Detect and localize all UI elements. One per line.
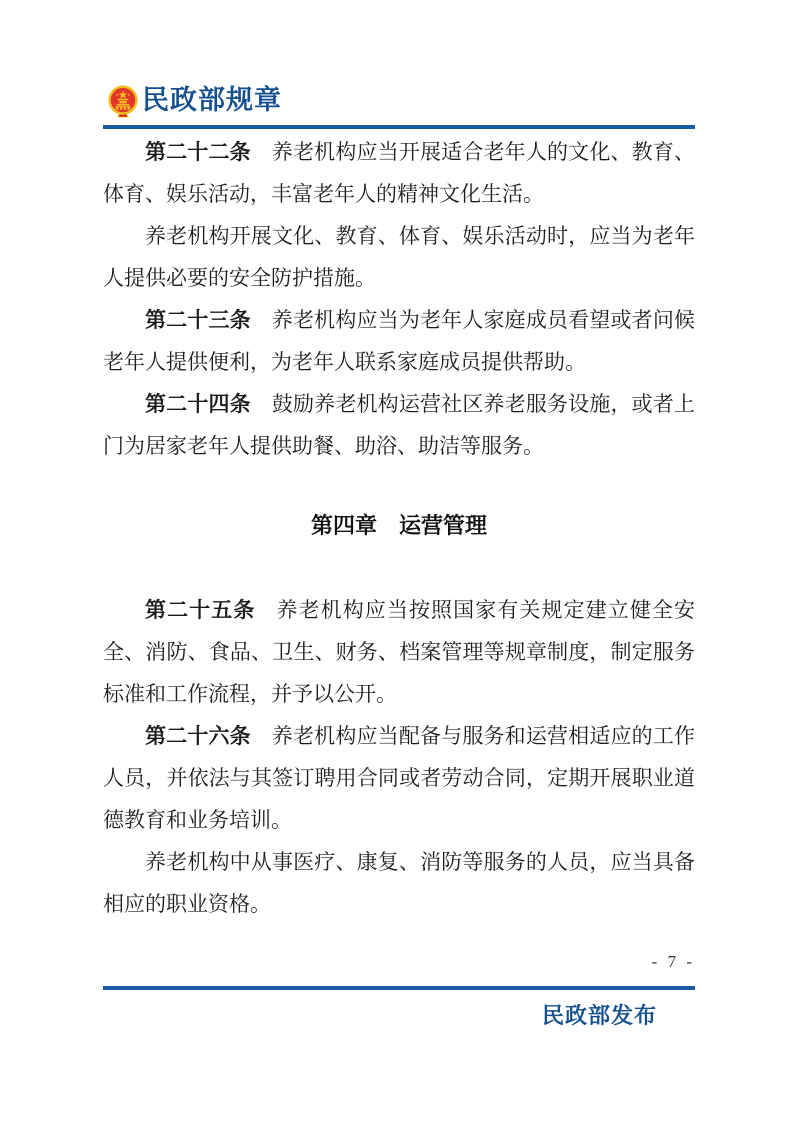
document-body: 第二十二条养老机构应当开展适合老年人的文化、教育、体育、娱乐活动，丰富老年人的精… <box>103 131 695 925</box>
publisher-label: 民政部发布 <box>103 1002 657 1030</box>
article-25-paragraph: 第二十五条养老机构应当按照国家有关规定建立健全安全、消防、食品、卫生、财务、档案… <box>103 589 695 715</box>
article-24-number: 第二十四条 <box>145 392 251 416</box>
header-rule <box>103 125 695 129</box>
footer-rule <box>103 986 695 990</box>
article-22-paragraph: 第二十二条养老机构应当开展适合老年人的文化、教育、体育、娱乐活动，丰富老年人的精… <box>103 131 695 215</box>
masthead: 民政部规章 <box>103 82 695 122</box>
article-24-paragraph: 第二十四条鼓励养老机构运营社区养老服务设施，或者上门为居家老年人提供助餐、助浴、… <box>103 383 695 467</box>
article-22-number: 第二十二条 <box>145 140 251 164</box>
paragraph-text: 养老机构中从事医疗、康复、消防等服务的人员，应当具备相应的职业资格。 <box>103 850 695 916</box>
article-22-paragraph-2: 养老机构开展文化、教育、体育、娱乐活动时，应当为老年人提供必要的安全防护措施。 <box>103 215 695 299</box>
article-25-number: 第二十五条 <box>145 598 255 622</box>
paragraph-text: 养老机构开展文化、教育、体育、娱乐活动时，应当为老年人提供必要的安全防护措施。 <box>103 224 695 290</box>
chapter-4-heading: 第四章 运营管理 <box>103 505 695 547</box>
document-page: 民政部规章 第二十二条养老机构应当开展适合老年人的文化、教育、体育、娱乐活动，丰… <box>0 0 793 1122</box>
article-23-number: 第二十三条 <box>145 308 251 332</box>
article-26-paragraph: 第二十六条养老机构应当配备与服务和运营相适应的工作人员，并依法与其签订聘用合同或… <box>103 715 695 841</box>
national-emblem-icon <box>106 84 140 120</box>
masthead-title: 民政部规章 <box>142 85 282 115</box>
article-23-paragraph: 第二十三条养老机构应当为老年人家庭成员看望或者问候老年人提供便利，为老年人联系家… <box>103 299 695 383</box>
page-number: - 7 - <box>103 950 695 974</box>
article-26-paragraph-2: 养老机构中从事医疗、康复、消防等服务的人员，应当具备相应的职业资格。 <box>103 841 695 925</box>
article-26-number: 第二十六条 <box>145 724 251 748</box>
